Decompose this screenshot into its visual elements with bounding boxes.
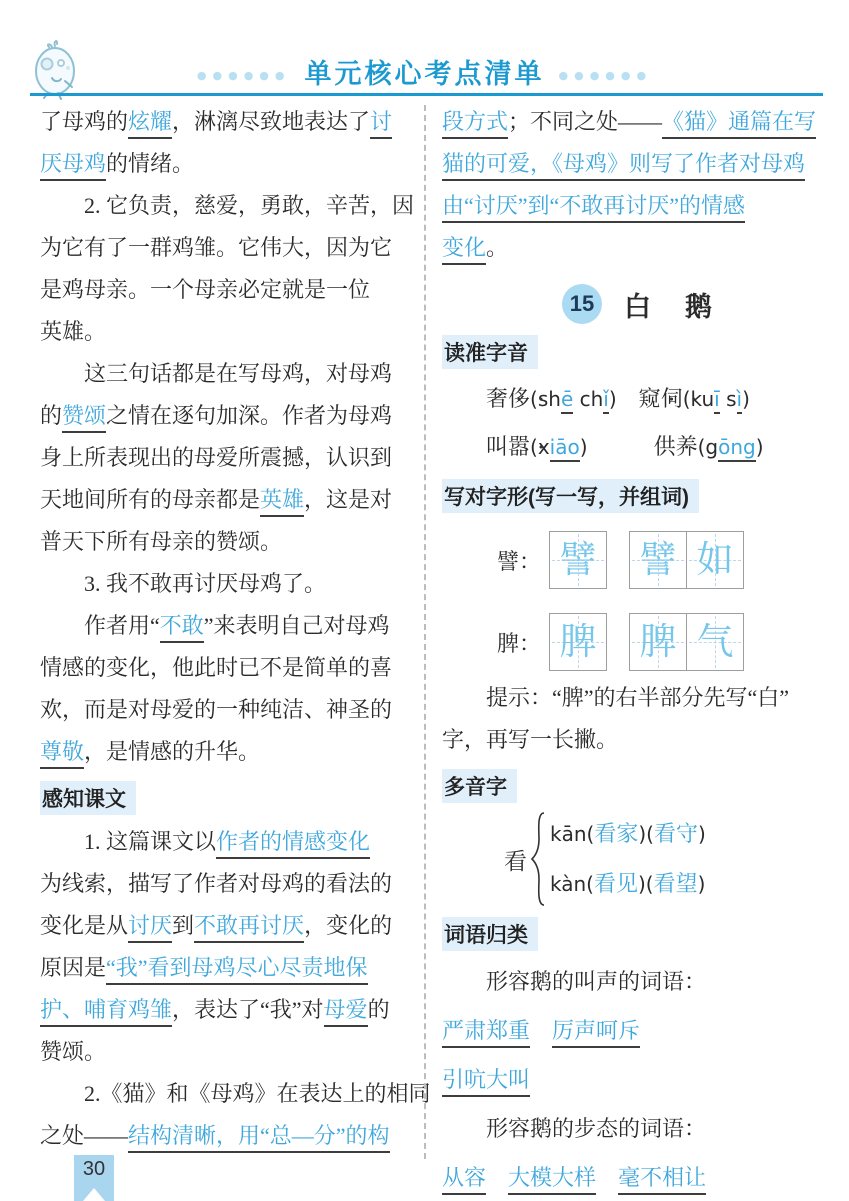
text-line: 奢侈(shē chǐ) 窥伺(kuī sì) (442, 375, 823, 423)
text-line: 形容鹅的步态的词语： (442, 1104, 823, 1153)
text-segment: ) (698, 872, 706, 896)
text-line: 提示：“脾”的右半部分先写“白” (442, 677, 823, 719)
text-segment (530, 1018, 552, 1043)
text-segment: 了母鸡的 (40, 109, 128, 134)
practice-grid-cell: 如 (686, 531, 744, 589)
text-segment: 原因是 (40, 955, 106, 980)
text-segment: 字，再写一长撇。 (442, 727, 618, 752)
text-segment: 3. 我不敢再讨厌母鸡了。 (84, 571, 326, 596)
text-line: 为它有了一群鸡雏。它伟大，因为它 (40, 227, 416, 269)
header-dots-right-icon: ●●●●●● (559, 69, 653, 82)
text-segment: )( (638, 822, 654, 846)
text-segment: 侈 (508, 386, 530, 411)
practice-character: 脾 (640, 624, 677, 661)
text-segment: 形容鹅的步态的词语： (486, 1116, 706, 1141)
paragraph: 提示：“脾”的右半部分先写“白”字，再写一长撇。 (442, 677, 823, 761)
text-segment: 身上所表现出的母爱所震撼，认识到 (40, 445, 392, 470)
text-segment: 尊敬 (40, 739, 84, 769)
text-segment: 1. 这篇课文以 (84, 829, 216, 854)
text-segment: )( (638, 872, 654, 896)
section-header: 感知课文 (40, 781, 136, 815)
text-segment: 看守 (654, 821, 698, 846)
text-segment: 为它有了一群鸡雏。它伟大，因为它 (40, 235, 392, 260)
practice-character: 脾 (560, 624, 597, 661)
page-number-badge: 30 (74, 1155, 114, 1201)
text-segment: 讨厌 (128, 913, 172, 943)
practice-character: 譬 (560, 542, 597, 579)
section-header-row: 感知课文 (40, 781, 416, 815)
practice-grid-cell: 脾 (549, 613, 607, 671)
practice-character: 气 (697, 624, 734, 661)
text-line: 护、哺育鸡雏，表达了“我”对母爱的 (40, 989, 416, 1031)
text-segment: 的情绪。 (106, 151, 194, 176)
text-segment: 伺 (661, 386, 683, 411)
text-line: 字，再写一长撇。 (442, 719, 823, 761)
section-header-row: 词语归类 (442, 917, 823, 951)
practice-box-single: 脾 (549, 613, 607, 671)
text-line: 2.《猫》和《母鸡》在表达上的相同 (40, 1073, 416, 1115)
text-segment: “我”看到母鸡尽心尽责地保 (106, 955, 368, 985)
column-divider (424, 105, 426, 1159)
text-line: 形容鹅的叫声的词语： (442, 957, 823, 1006)
section-header-row: 写对字形(写一写，并组词) (442, 479, 823, 513)
character-practice-row: 譬：譬譬如 (497, 529, 823, 591)
text-segment: 赞颂 (62, 403, 106, 433)
section-header: 词语归类 (442, 917, 538, 951)
text-segment: 天地间所有的母亲都是 (40, 487, 260, 512)
text-segment: 护、哺育鸡雏 (40, 997, 172, 1027)
text-line: 叫嚣(xiāo) 供养(gōng) (442, 423, 823, 471)
text-segment: s (720, 387, 737, 411)
text-segment: 从容 (442, 1165, 486, 1195)
text-segment: ōng (718, 435, 756, 462)
text-segment: 看家 (594, 821, 638, 846)
text-line: 3. 我不敢再讨厌母鸡了。 (40, 563, 416, 605)
text-segment: 2.《猫》和《母鸡》在表达上的相同 (84, 1081, 431, 1106)
text-segment: ，变化的 (304, 913, 392, 938)
practice-box-pair: 譬如 (629, 531, 744, 589)
text-segment: iāo (550, 435, 580, 462)
section-header-row: 读准字音 (442, 335, 823, 369)
text-segment: 炫耀 (128, 109, 172, 139)
text-line: 尊敬，是情感的升华。 (40, 731, 416, 773)
text-segment: 严肃郑重 (442, 1018, 530, 1048)
text-line: 段方式；不同之处——《猫》通篇在写 (442, 101, 823, 143)
page-header: ●●●●●● 单元核心考点清单 ●●●●●● (0, 52, 849, 91)
text-line: 普天下所有母亲的赞颂。 (40, 521, 416, 563)
text-segment: 不敢再讨厌 (194, 913, 304, 943)
section-header-row: 多音字 (442, 769, 823, 803)
practice-label: 脾： (497, 627, 541, 658)
practice-box-single: 譬 (549, 531, 607, 589)
text-line: 由“讨厌”到“不敢再讨厌”的情感 (442, 185, 823, 227)
text-segment (596, 1165, 618, 1190)
practice-character: 如 (697, 542, 734, 579)
text-segment: 不敢 (160, 613, 204, 643)
polyphone-readings: kān(看家)(看守)kàn(看见)(看望) (550, 809, 706, 909)
text-segment: 供 (654, 434, 676, 459)
text-segment: 作者的情感变化 (216, 829, 370, 859)
header-dots-left-icon: ●●●●●● (197, 69, 291, 82)
text-segment: 变化是从 (40, 913, 128, 938)
text-segment: 厌母鸡 (40, 151, 106, 181)
text-segment: 到 (172, 913, 194, 938)
text-segment: 为线索，描写了作者对母鸡的看法的 (40, 871, 392, 896)
text-segment: 提示：“脾”的右半部分先写“白” (486, 685, 789, 710)
text-segment: 看见 (594, 871, 638, 896)
text-line: 这三句话都是在写母鸡，对母鸡 (40, 353, 416, 395)
section-header: 多音字 (442, 769, 517, 803)
practice-grid-cell: 譬 (549, 531, 607, 589)
text-segment (486, 1165, 508, 1190)
text-segment: 母爱 (324, 997, 368, 1027)
header-rule (30, 93, 823, 96)
text-segment: 由“讨厌”到“不敢再讨厌”的情感 (442, 193, 745, 223)
text-line: 的赞颂之情在逐句加深。作者为母鸡 (40, 395, 416, 437)
text-segment: 的 (368, 997, 390, 1022)
text-segment: ，表达了“我”对 (172, 997, 324, 1022)
text-line: 天地间所有的母亲都是英雄，这是对 (40, 479, 416, 521)
text-line: 赞颂。 (40, 1031, 416, 1073)
text-segment: 赞颂。 (40, 1039, 106, 1064)
polyphone-row: 看kān(看家)(看守)kàn(看见)(看望) (504, 809, 823, 909)
polyphone-character: 看 (504, 843, 527, 876)
text-segment: 引吭大叫 (442, 1067, 530, 1097)
text-segment: 段方式 (442, 109, 508, 139)
text-segment: 这三句话都是在写母鸡，对母鸡 (84, 361, 392, 386)
text-segment: 英雄 (260, 487, 304, 517)
text-segment: 讨 (370, 109, 392, 139)
text-segment: 大模大样 (508, 1165, 596, 1195)
practice-grid-cell: 脾 (629, 613, 687, 671)
text-segment: ，这是对 (304, 487, 392, 512)
right-column: 段方式；不同之处——《猫》通篇在写猫的可爱，《母鸡》则写了作者对母鸡由“讨厌”到… (430, 101, 823, 1201)
text-segment: ，淋漓尽致地表达了 (172, 109, 370, 134)
text-segment: ，是情感的升华。 (84, 739, 260, 764)
text-line: 从容 大模大样 毫不相让 (442, 1153, 823, 1201)
paragraph: 形容鹅的叫声的词语：严肃郑重 厉声呵斥引吭大叫形容鹅的步态的词语：从容 大模大样… (442, 957, 823, 1201)
text-segment: 普天下所有母亲的赞颂。 (40, 529, 282, 554)
text-segment: 之情在逐句加深。作者为母鸡 (106, 403, 392, 428)
text-line: 为线索，描写了作者对母鸡的看法的 (40, 863, 416, 905)
section-header: 写对字形(写一写，并组词) (442, 479, 699, 513)
lesson-number-badge: 15 (562, 284, 602, 324)
paragraph: 段方式；不同之处——《猫》通篇在写猫的可爱，《母鸡》则写了作者对母鸡由“讨厌”到… (442, 101, 823, 269)
text-line: 引吭大叫 (442, 1055, 823, 1104)
worksheet-page: ●●●●●● 单元核心考点清单 ●●●●●● 了母鸡的炫耀，淋漓尽致地表达了讨厌… (0, 0, 849, 1201)
paragraph: 奢侈(shē chǐ) 窥伺(kuī sì)叫嚣(xiāo) 供养(gōng) (442, 375, 823, 471)
lesson-title: 白鹅 (624, 285, 746, 324)
text-line: 原因是“我”看到母鸡尽心尽责地保 (40, 947, 416, 989)
text-line: 情感的变化，他此时已不是简单的喜 (40, 647, 416, 689)
text-line: 身上所表现出的母爱所震撼，认识到 (40, 437, 416, 479)
text-line: 了母鸡的炫耀，淋漓尽致地表达了讨 (40, 101, 416, 143)
left-column: 了母鸡的炫耀，淋漓尽致地表达了讨厌母鸡的情绪。2. 它负责，慈爱，勇敢，辛苦，因… (40, 101, 416, 1201)
text-segment: 变化 (442, 235, 486, 265)
polyphone-line: kān(看家)(看守) (550, 809, 706, 859)
text-segment: ) (580, 435, 588, 459)
text-line: 变化。 (442, 227, 823, 269)
practice-grid-cell: 譬 (629, 531, 687, 589)
section-header: 读准字音 (442, 335, 538, 369)
text-line: 严肃郑重 厉声呵斥 (442, 1006, 823, 1055)
text-segment: ”来表明自己对母鸡 (204, 613, 390, 638)
text-segment: ) (609, 387, 617, 411)
text-segment: 作者用“ (84, 613, 160, 638)
practice-character: 譬 (640, 542, 677, 579)
text-segment: ) (756, 435, 764, 459)
brace-icon (530, 811, 546, 907)
text-line: 2. 它负责，慈爱，勇敢，辛苦，因 (40, 185, 416, 227)
text-segment: ē (561, 387, 573, 414)
text-line: 欢，而是对母爱的一种纯洁、神圣的 (40, 689, 416, 731)
text-line: 厌母鸡的情绪。 (40, 143, 416, 185)
text-segment: 是鸡母亲。一个母亲必定就是一位 (40, 277, 370, 302)
text-line: 之处——结构清晰，用“总—分”的构 (40, 1115, 416, 1157)
page-number: 30 (83, 1158, 105, 1180)
text-segment: 形容鹅的叫声的词语： (486, 969, 706, 994)
text-segment: 2. 它负责，慈爱，勇敢，辛苦，因 (84, 193, 414, 218)
text-line: 是鸡母亲。一个母亲必定就是一位 (40, 269, 416, 311)
text-segment: 之处—— (40, 1123, 128, 1148)
text-segment: (g (698, 435, 719, 459)
text-line: 变化是从讨厌到不敢再讨厌，变化的 (40, 905, 416, 947)
text-line: 英雄。 (40, 311, 416, 353)
text-segment: kān( (550, 822, 594, 846)
text-segment: ch (573, 387, 603, 411)
text-segment: 猫的可爱，《母鸡》则写了作者对母鸡 (442, 151, 805, 181)
text-segment: 嚣 (508, 434, 530, 459)
page-title: 单元核心考点清单 (305, 52, 545, 91)
text-segment: 欢，而是对母爱的一种纯洁、神圣的 (40, 697, 392, 722)
text-segment: 毫不相让 (618, 1165, 706, 1195)
character-practice-row: 脾：脾脾气 (497, 611, 823, 673)
text-segment: kàn( (550, 872, 594, 896)
text-segment: ) (698, 822, 706, 846)
text-segment: 结构清晰，用“总—分”的构 (128, 1123, 390, 1153)
text-segment: 情感的变化，他此时已不是简单的喜 (40, 655, 392, 680)
practice-grid-cell: 气 (686, 613, 744, 671)
polyphone-line: kàn(看见)(看望) (550, 859, 706, 909)
text-segment: 看望 (654, 871, 698, 896)
text-segment: 英雄。 (40, 319, 106, 344)
text-line: 1. 这篇课文以作者的情感变化 (40, 821, 416, 863)
text-segment: 。 (486, 235, 508, 260)
text-line: 猫的可爱，《母鸡》则写了作者对母鸡 (442, 143, 823, 185)
practice-label: 譬： (497, 545, 541, 576)
text-segment: ) (742, 387, 750, 411)
practice-box-pair: 脾气 (629, 613, 744, 671)
text-segment: ；不同之处—— (508, 109, 662, 134)
lesson-title-row: 15白鹅 (562, 281, 823, 327)
content-columns: 了母鸡的炫耀，淋漓尽致地表达了讨厌母鸡的情绪。2. 它负责，慈爱，勇敢，辛苦，因… (40, 101, 823, 1201)
text-line: 作者用“不敢”来表明自己对母鸡 (40, 605, 416, 647)
text-segment: 厉声呵斥 (552, 1018, 640, 1048)
text-segment: 《猫》通篇在写 (662, 109, 816, 139)
text-segment: 的 (40, 403, 62, 428)
